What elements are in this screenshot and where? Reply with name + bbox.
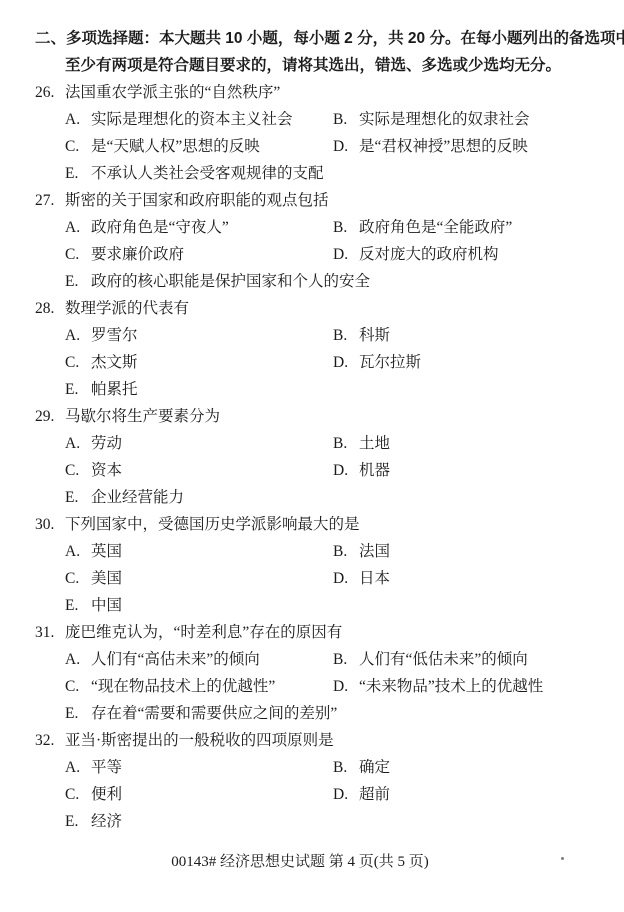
question-30-stem: 30.下列国家中，受德国历史学派影响最大的是 [35,511,610,538]
question-29: 29.马歇尔将生产要素分为 A.劳动 B.土地 C.资本 D.机器 E.企业经营… [35,403,610,511]
question-28-row-ab: A.罗雪尔 B.科斯 [35,322,610,349]
question-26-option-e: E.不承认人类社会受客观规律的支配 [65,160,333,187]
question-28-option-c: C.杰文斯 [65,349,333,376]
question-26-row-cd: C.是“天赋人权”思想的反映 D.是“君权神授”思想的反映 [35,133,610,160]
question-32-row-e: E.经济 [35,808,610,835]
question-32-number: 32. [35,727,65,754]
question-28-number: 28. [35,295,65,322]
question-26-row-e: E.不承认人类社会受客观规律的支配 [35,160,610,187]
question-27-row-ab: A.政府角色是“守夜人” B.政府角色是“全能政府” [35,214,610,241]
question-28-row-e: E.帕累托 [35,376,610,403]
question-32-option-c: C.便利 [65,781,333,808]
question-30-option-e: E.中国 [65,592,333,619]
question-27-option-d: D.反对庞大的政府机构 [333,241,499,268]
question-29-option-a: A.劳动 [65,430,333,457]
question-32-option-b: B.确定 [333,754,390,781]
question-29-option-e: E.企业经营能力 [65,484,333,511]
question-28-option-d: D.瓦尔拉斯 [333,349,421,376]
page-footer: 00143# 经济思想史试题 第 4 页(共 5 页) [0,849,600,876]
question-30-option-c: C.美国 [65,565,333,592]
question-27-row-e: E.政府的核心职能是保护国家和个人的安全 [35,268,610,295]
question-27-number: 27. [35,187,65,214]
section-header-line1: 二、多项选择题：本大题共 10 小题，每小题 2 分，共 20 分。在每小题列出… [35,25,610,52]
ink-speck [561,857,564,860]
question-31-option-b: B.人们有“低估未来”的倾向 [333,646,528,673]
question-26-stem-text: 法国重农学派主张的“自然秩序” [65,84,280,101]
question-31-row-ab: A.人们有“高估未来”的倾向 B.人们有“低估未来”的倾向 [35,646,610,673]
question-31-stem-text: 庞巴维克认为，“时差利息”存在的原因有 [65,624,342,641]
question-32-row-ab: A.平等 B.确定 [35,754,610,781]
question-27-row-cd: C.要求廉价政府 D.反对庞大的政府机构 [35,241,610,268]
question-27-stem: 27.斯密的关于国家和政府职能的观点包括 [35,187,610,214]
question-31-option-c: C.“现在物品技术上的优越性” [65,673,333,700]
question-32-option-d: D.超前 [333,781,390,808]
question-26-option-c: C.是“天赋人权”思想的反映 [65,133,333,160]
question-31-option-e: E.存在着“需要和需要供应之间的差别” [65,700,333,727]
question-28-option-e: E.帕累托 [65,376,333,403]
question-31-option-d: D.“未来物品”技术上的优越性 [333,673,543,700]
question-32-stem-text: 亚当·斯密提出的一般税收的四项原则是 [65,732,334,749]
question-31-stem: 31.庞巴维克认为，“时差利息”存在的原因有 [35,619,610,646]
question-31-number: 31. [35,619,65,646]
question-27-option-a: A.政府角色是“守夜人” [65,214,333,241]
question-27-option-c: C.要求廉价政府 [65,241,333,268]
question-30-row-ab: A.英国 B.法国 [35,538,610,565]
question-27-stem-text: 斯密的关于国家和政府职能的观点包括 [65,192,329,209]
question-26-option-b: B.实际是理想化的奴隶社会 [333,106,530,133]
question-30-option-b: B.法国 [333,538,390,565]
question-30-stem-text: 下列国家中，受德国历史学派影响最大的是 [65,516,360,533]
question-28-option-b: B.科斯 [333,322,390,349]
question-30: 30.下列国家中，受德国历史学派影响最大的是 A.英国 B.法国 C.美国 D.… [35,511,610,619]
question-28-stem-text: 数理学派的代表有 [65,300,189,317]
question-29-stem: 29.马歇尔将生产要素分为 [35,403,610,430]
question-28-row-cd: C.杰文斯 D.瓦尔拉斯 [35,349,610,376]
question-31-row-e: E.存在着“需要和需要供应之间的差别” [35,700,610,727]
question-27: 27.斯密的关于国家和政府职能的观点包括 A.政府角色是“守夜人” B.政府角色… [35,187,610,295]
question-26-option-a: A.实际是理想化的资本主义社会 [65,106,333,133]
question-30-option-a: A.英国 [65,538,333,565]
question-32: 32.亚当·斯密提出的一般税收的四项原则是 A.平等 B.确定 C.便利 D.超… [35,727,610,835]
question-26-stem: 26.法国重农学派主张的“自然秩序” [35,79,610,106]
exam-paper-page: 二、多项选择题：本大题共 10 小题，每小题 2 分，共 20 分。在每小题列出… [0,0,624,912]
question-28-option-a: A.罗雪尔 [65,322,333,349]
question-26-row-ab: A.实际是理想化的资本主义社会 B.实际是理想化的奴隶社会 [35,106,610,133]
question-32-row-cd: C.便利 D.超前 [35,781,610,808]
question-32-stem: 32.亚当·斯密提出的一般税收的四项原则是 [35,727,610,754]
question-29-row-e: E.企业经营能力 [35,484,610,511]
question-31: 31.庞巴维克认为，“时差利息”存在的原因有 A.人们有“高估未来”的倾向 B.… [35,619,610,727]
question-27-option-b: B.政府角色是“全能政府” [333,214,512,241]
question-30-number: 30. [35,511,65,538]
question-32-option-e: E.经济 [65,808,333,835]
question-30-row-e: E.中国 [35,592,610,619]
question-31-row-cd: C.“现在物品技术上的优越性” D.“未来物品”技术上的优越性 [35,673,610,700]
question-27-option-e: E.政府的核心职能是保护国家和个人的安全 [65,268,333,295]
question-29-row-ab: A.劳动 B.土地 [35,430,610,457]
question-28-stem: 28.数理学派的代表有 [35,295,610,322]
question-29-option-c: C.资本 [65,457,333,484]
question-29-row-cd: C.资本 D.机器 [35,457,610,484]
question-31-option-a: A.人们有“高估未来”的倾向 [65,646,333,673]
question-26-number: 26. [35,79,65,106]
section-header-line2: 至少有两项是符合题目要求的，请将其选出，错选、多选或少选均无分。 [35,52,610,79]
question-29-option-b: B.土地 [333,430,390,457]
question-29-stem-text: 马歇尔将生产要素分为 [65,408,220,425]
question-30-row-cd: C.美国 D.日本 [35,565,610,592]
question-26-option-d: D.是“君权神授”思想的反映 [333,133,528,160]
question-28: 28.数理学派的代表有 A.罗雪尔 B.科斯 C.杰文斯 D.瓦尔拉斯 E.帕累… [35,295,610,403]
question-29-option-d: D.机器 [333,457,390,484]
question-29-number: 29. [35,403,65,430]
question-32-option-a: A.平等 [65,754,333,781]
question-30-option-d: D.日本 [333,565,390,592]
question-26: 26.法国重农学派主张的“自然秩序” A.实际是理想化的资本主义社会 B.实际是… [35,79,610,187]
